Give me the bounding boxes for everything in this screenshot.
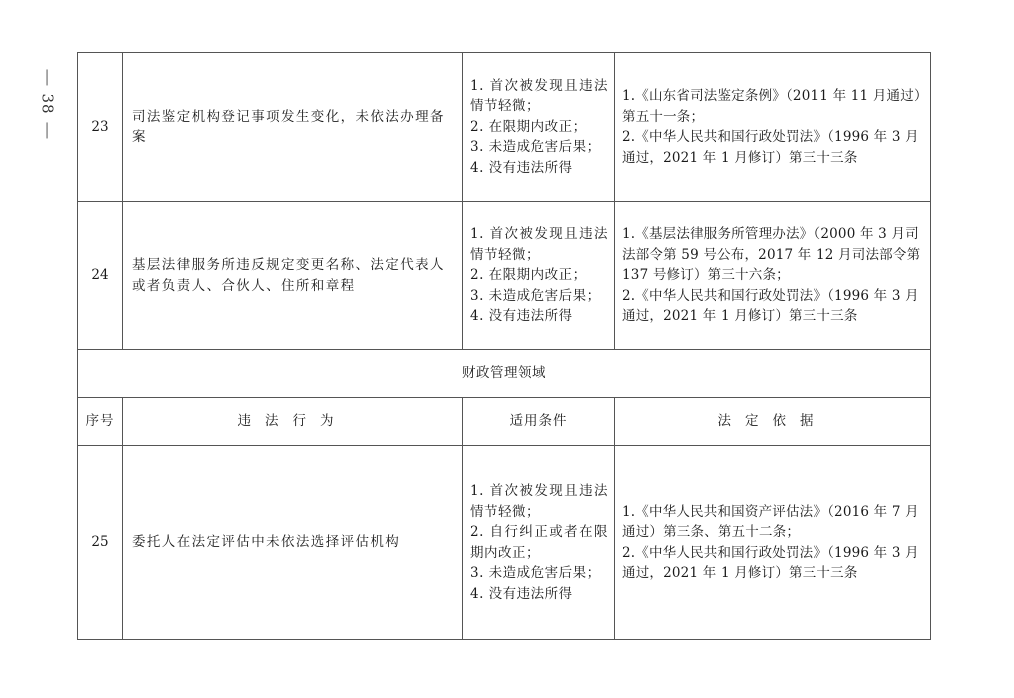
violation-act: 司法鉴定机构登记事项发生变化，未依法办理备案 — [123, 53, 463, 202]
header-number: 序号 — [78, 398, 123, 446]
basis-item: 1.《中华人民共和国资产评估法》（2016 年 7 月通过）第三条、第五十二条； — [622, 502, 924, 543]
violation-table: 23 司法鉴定机构登记事项发生变化，未依法办理备案 1. 首次被发现且违法情节轻… — [77, 52, 931, 640]
legal-basis: 1.《基层法律服务所管理办法》（2000 年 3 月司法部令第 59 号公布，2… — [615, 202, 931, 350]
page-number: 38 — [30, 62, 66, 146]
table-row: 24 基层法律服务所违反规定变更名称、法定代表人或者负责人、合伙人、住所和章程 … — [78, 202, 931, 350]
applicable-conditions: 1. 首次被发现且违法情节轻微； 2. 自行纠正或者在限期内改正； 3. 未造成… — [463, 446, 615, 640]
header-violation-act: 违法行为 — [123, 398, 463, 446]
table-row: 23 司法鉴定机构登记事项发生变化，未依法办理备案 1. 首次被发现且违法情节轻… — [78, 53, 931, 202]
condition-item: 2. 在限期内改正； — [470, 265, 608, 286]
section-title: 财政管理领域 — [78, 350, 931, 398]
page-number-label: 38 — [39, 93, 57, 114]
page-number-dash-right — [48, 123, 49, 139]
section-row: 财政管理领域 — [78, 350, 931, 398]
applicable-conditions: 1. 首次被发现且违法情节轻微； 2. 在限期内改正； 3. 未造成危害后果； … — [463, 53, 615, 202]
condition-item: 3. 未造成危害后果； — [470, 137, 608, 158]
basis-item: 1.《基层法律服务所管理办法》（2000 年 3 月司法部令第 59 号公布，2… — [622, 224, 924, 286]
condition-item: 2. 在限期内改正； — [470, 117, 608, 138]
basis-item: 1.《山东省司法鉴定条例》（2011 年 11 月通过）第五十一条； — [622, 86, 924, 127]
header-row: 序号 违法行为 适用条件 法定依据 — [78, 398, 931, 446]
condition-item: 1. 首次被发现且违法情节轻微； — [470, 224, 608, 265]
row-number: 24 — [78, 202, 123, 350]
basis-item: 2.《中华人民共和国行政处罚法》（1996 年 3 月通过，2021 年 1 月… — [622, 127, 924, 168]
header-conditions: 适用条件 — [463, 398, 615, 446]
condition-item: 1. 首次被发现且违法情节轻微； — [470, 76, 608, 117]
header-legal-basis: 法定依据 — [615, 398, 931, 446]
table-row: 25 委托人在法定评估中未依法选择评估机构 1. 首次被发现且违法情节轻微； 2… — [78, 446, 931, 640]
basis-item: 2.《中华人民共和国行政处罚法》（1996 年 3 月通过，2021 年 1 月… — [622, 286, 924, 327]
violation-act: 基层法律服务所违反规定变更名称、法定代表人或者负责人、合伙人、住所和章程 — [123, 202, 463, 350]
row-number: 25 — [78, 446, 123, 640]
row-number: 23 — [78, 53, 123, 202]
condition-item: 3. 未造成危害后果； — [470, 563, 608, 584]
condition-item: 4. 没有违法所得 — [470, 306, 608, 327]
violation-act: 委托人在法定评估中未依法选择评估机构 — [123, 446, 463, 640]
applicable-conditions: 1. 首次被发现且违法情节轻微； 2. 在限期内改正； 3. 未造成危害后果； … — [463, 202, 615, 350]
legal-basis: 1.《中华人民共和国资产评估法》（2016 年 7 月通过）第三条、第五十二条；… — [615, 446, 931, 640]
condition-item: 4. 没有违法所得 — [470, 584, 608, 605]
page-number-dash-left — [48, 69, 49, 85]
condition-item: 2. 自行纠正或者在限期内改正； — [470, 522, 608, 563]
condition-item: 1. 首次被发现且违法情节轻微； — [470, 481, 608, 522]
basis-item: 2.《中华人民共和国行政处罚法》（1996 年 3 月通过，2021 年 1 月… — [622, 543, 924, 584]
condition-item: 3. 未造成危害后果； — [470, 286, 608, 307]
legal-basis: 1.《山东省司法鉴定条例》（2011 年 11 月通过）第五十一条； 2.《中华… — [615, 53, 931, 202]
condition-item: 4. 没有违法所得 — [470, 158, 608, 179]
